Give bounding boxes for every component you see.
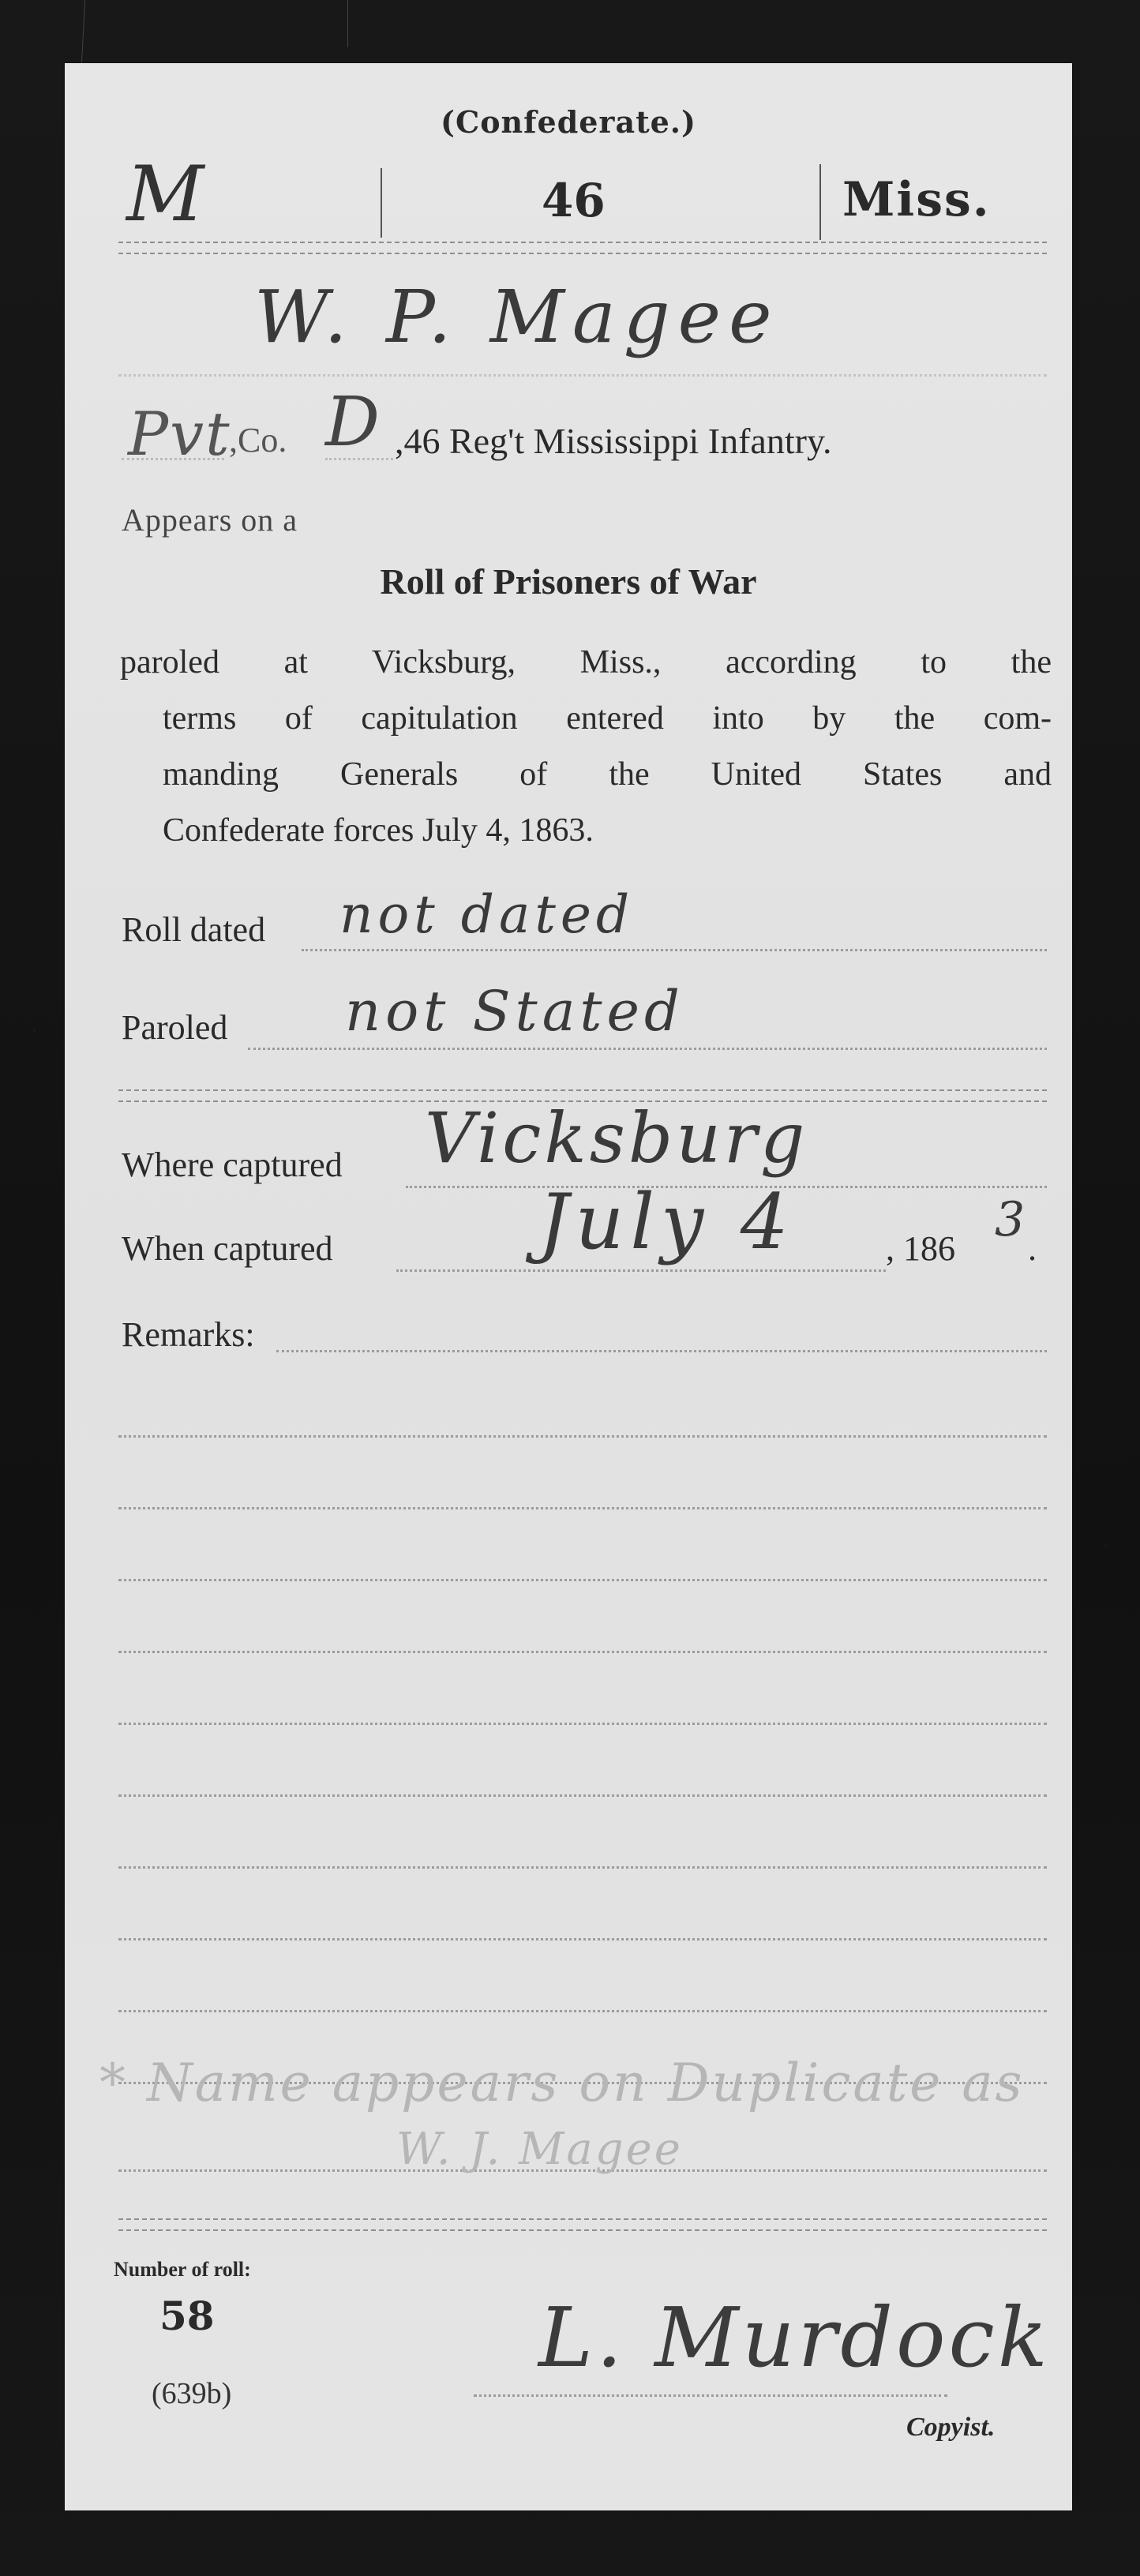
remarks-line xyxy=(118,1507,1047,1509)
state-abbreviation: Miss. xyxy=(842,172,991,227)
remarks-line xyxy=(118,1866,1047,1869)
company-label: ,Co. xyxy=(229,420,287,460)
when-captured-value: July 4 xyxy=(538,1178,795,1266)
roll-dated-label: Roll dated xyxy=(122,909,265,950)
paragraph-line-1: paroled at Vicksburg, Miss., according t… xyxy=(120,643,1052,681)
service-record-card: (Confederate.) M 46 Miss. W. P. Magee Pv… xyxy=(65,63,1072,2510)
copyist-signature: L. Murdock xyxy=(538,2289,1051,2386)
form-number: (639b) xyxy=(152,2376,231,2411)
when-captured-period: . xyxy=(1028,1228,1037,1269)
when-captured-label: When captured xyxy=(122,1228,333,1269)
number-of-roll-value: 58 xyxy=(159,2293,215,2339)
company-value: D xyxy=(325,383,381,462)
paroled-label: Paroled xyxy=(122,1007,227,1048)
when-captured-year-suffix: 3 xyxy=(995,1192,1025,1247)
name-line xyxy=(118,374,1047,377)
section-double-rule-top xyxy=(118,1089,1047,1091)
header-divider xyxy=(381,168,382,238)
when-captured-year-prefix: , 186 xyxy=(886,1228,955,1269)
remarks-line xyxy=(118,1794,1047,1797)
signature-line xyxy=(474,2394,947,2397)
remarks-line xyxy=(118,1651,1047,1653)
category-heading: (Confederate.) xyxy=(65,104,1072,140)
remarks-line xyxy=(276,1350,1047,1352)
rank-line xyxy=(122,458,224,460)
remarks-line xyxy=(118,1435,1047,1438)
where-captured-label: Where captured xyxy=(122,1145,343,1185)
paragraph-line-3: manding Generals of the United States an… xyxy=(163,756,1052,793)
roll-dated-value: not dated xyxy=(339,884,634,945)
footer-double-rule-bottom xyxy=(118,2229,1047,2231)
roll-dated-line xyxy=(302,949,1047,951)
initial-letter: M xyxy=(126,150,204,238)
company-line xyxy=(325,458,393,460)
header-double-rule-bottom xyxy=(118,253,1047,254)
header-double-rule-top xyxy=(118,242,1047,243)
copyist-label: Copyist. xyxy=(906,2413,995,2443)
remarks-label: Remarks: xyxy=(122,1314,255,1355)
paroled-line xyxy=(248,1048,1047,1050)
remark-duplicate-name: W. J. Magee xyxy=(396,2124,683,2175)
remarks-line xyxy=(118,1579,1047,1581)
number-of-roll-label: Number of roll: xyxy=(114,2258,251,2282)
when-captured-line xyxy=(396,1269,886,1272)
paroled-value: not Stated xyxy=(345,979,684,1044)
remarks-line xyxy=(118,1938,1047,1940)
header-divider xyxy=(819,164,821,240)
paragraph-line-4: Confederate forces July 4, 1863. xyxy=(163,812,594,849)
remarks-line xyxy=(118,2010,1047,2012)
remark-duplicate-note: * Name appears on Duplicate as xyxy=(99,2053,1025,2113)
footer-double-rule-top xyxy=(118,2218,1047,2220)
roll-title: Roll of Prisoners of War xyxy=(65,561,1072,602)
unit-name: ,46 Reg't Mississippi Infantry. xyxy=(395,420,831,462)
regiment-number: 46 xyxy=(542,174,606,227)
appears-on-label: Appears on a xyxy=(122,501,298,538)
remarks-line xyxy=(118,1723,1047,1725)
paragraph-line-2: terms of capitulation entered into by th… xyxy=(163,699,1052,737)
film-scratch xyxy=(347,0,348,47)
soldier-name: W. P. Magee xyxy=(254,275,780,359)
where-captured-value: Vicksburg xyxy=(425,1097,808,1179)
